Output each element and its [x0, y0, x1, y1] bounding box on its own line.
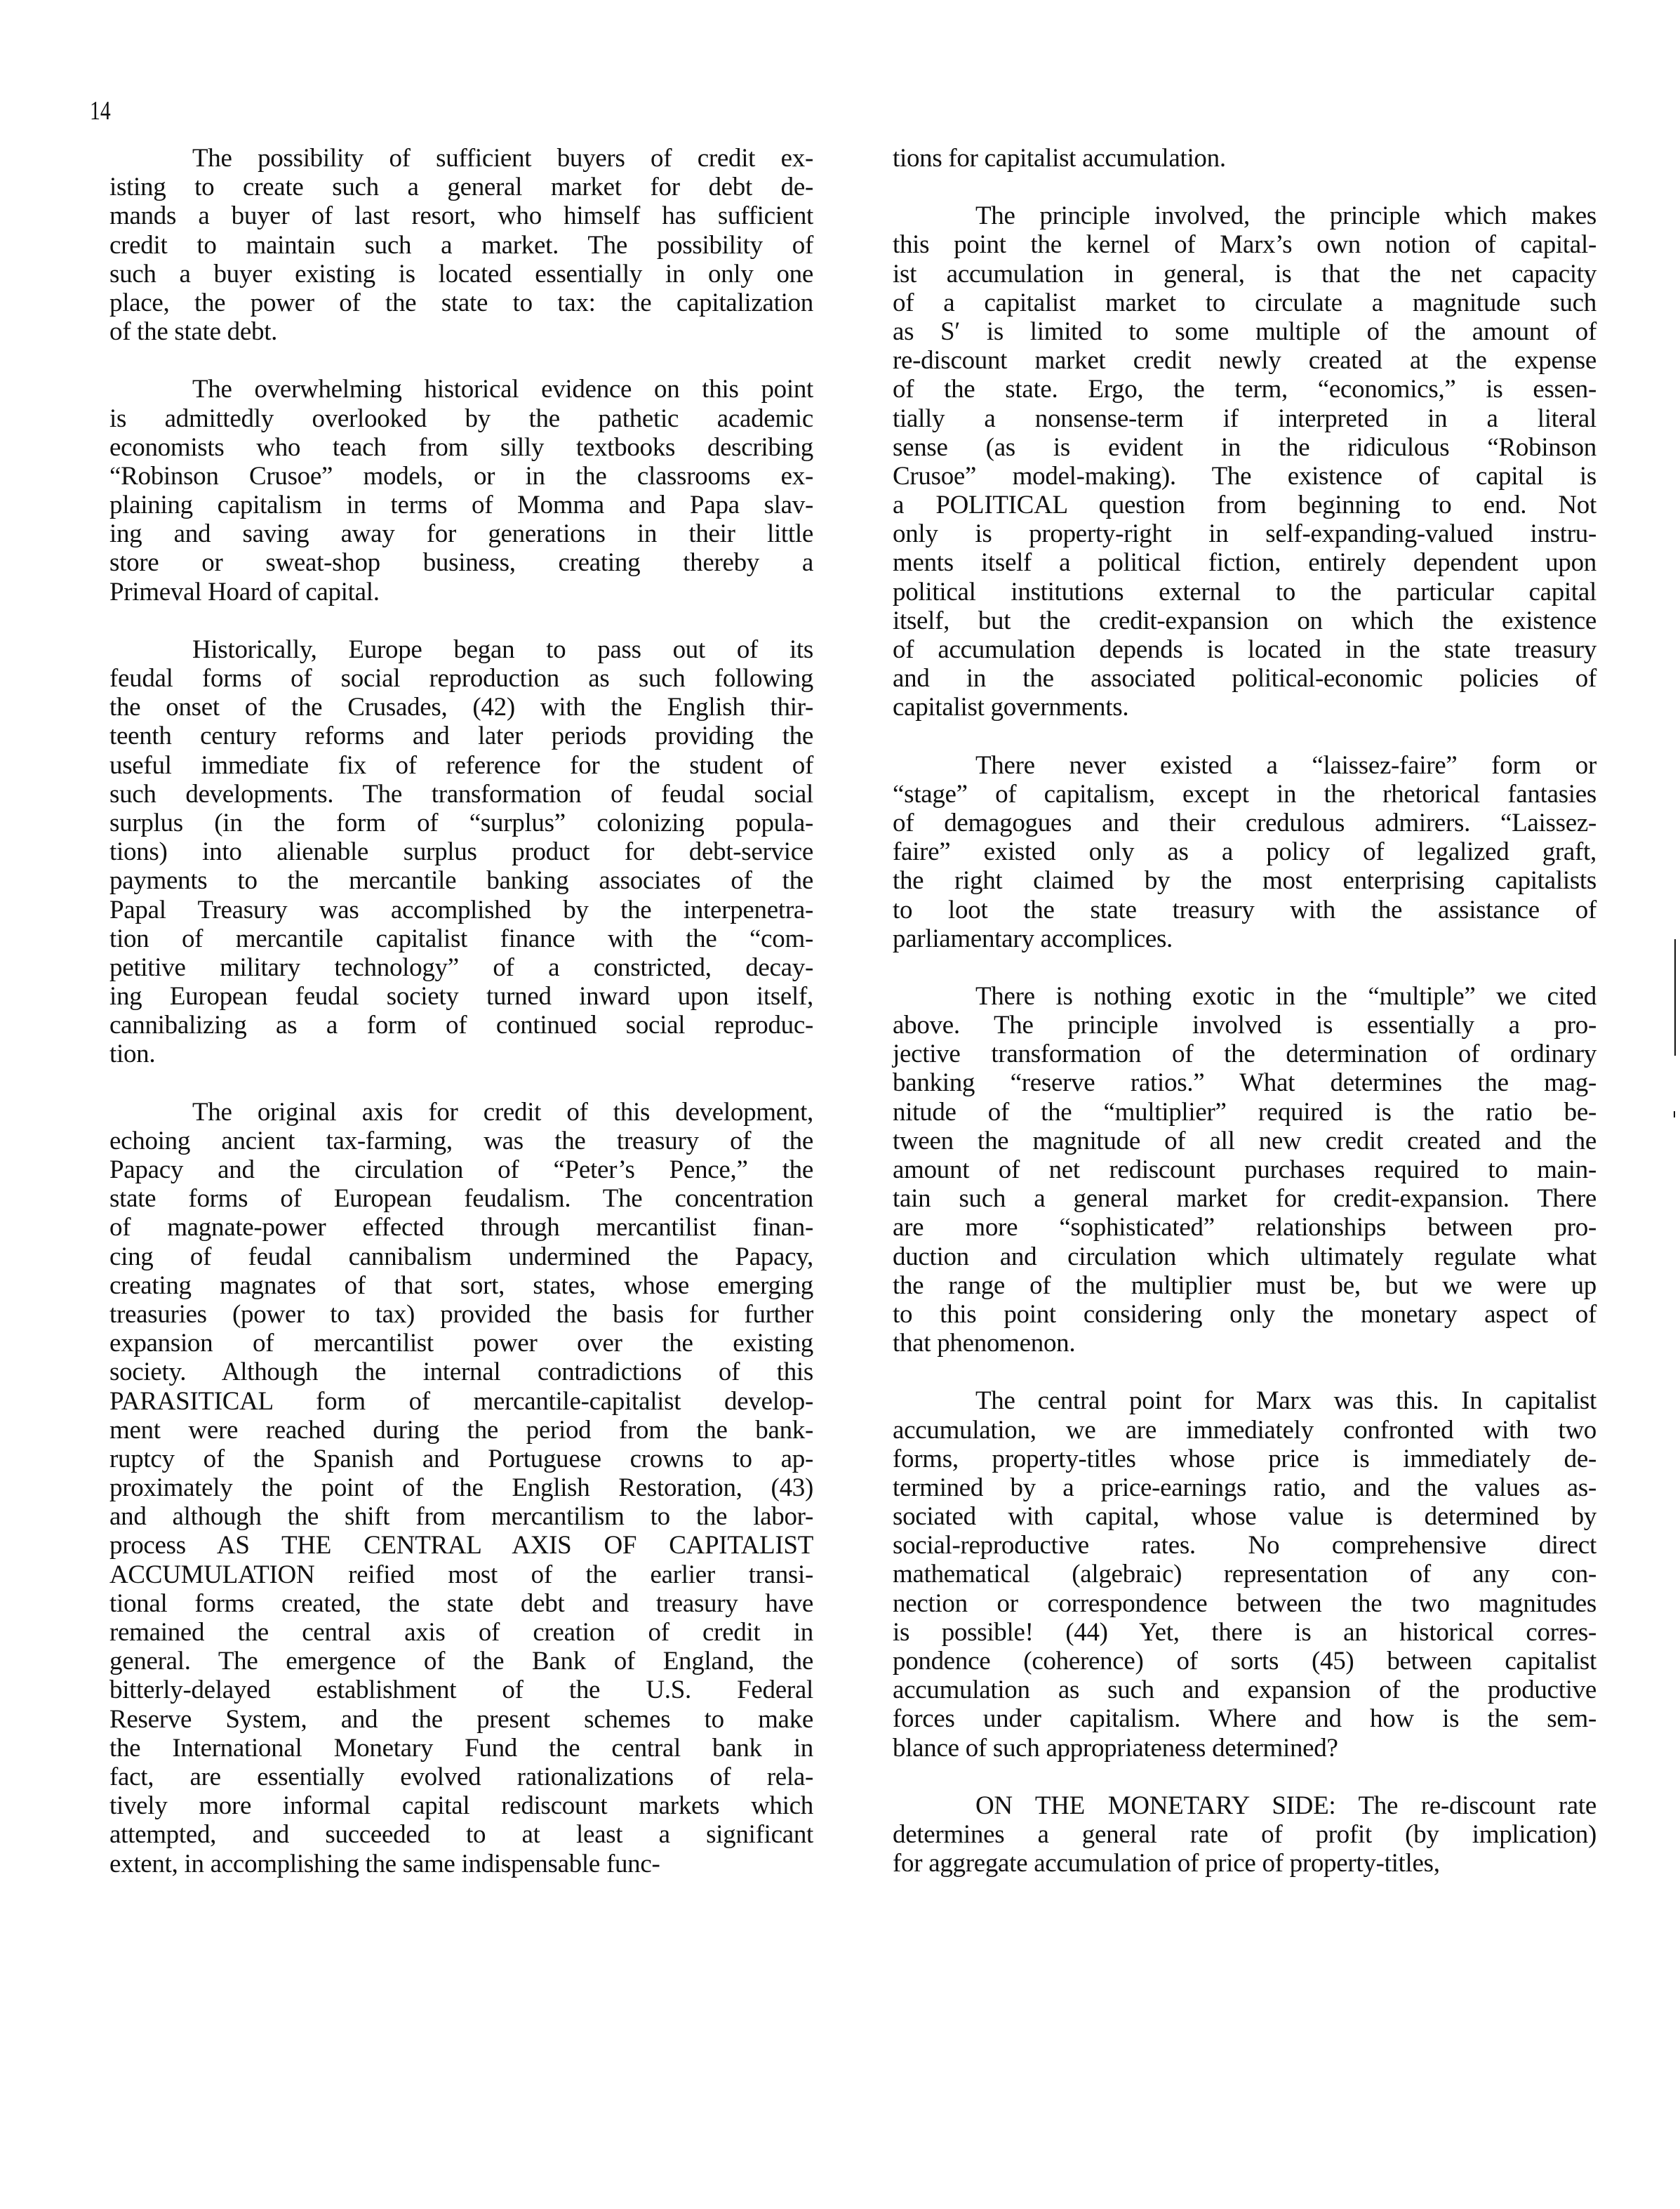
text-line: The overwhelming historical evidence on …	[109, 375, 813, 404]
text-line: ON THE MONETARY SIDE: The re-discount ra…	[893, 1791, 1596, 1820]
paragraph: The central point for Marx was this. In …	[893, 1386, 1596, 1762]
text-line: social-reproductive rates. No comprehens…	[893, 1531, 1596, 1560]
text-line: useful immediate fix of reference for th…	[109, 751, 813, 780]
left-column: The possibility of sufficient buyers of …	[109, 144, 813, 1907]
text-line: of demagogues and their credulous admire…	[893, 809, 1596, 837]
text-line: general. The emergence of the Bank of En…	[109, 1647, 813, 1676]
text-line: The principle involved, the principle wh…	[893, 201, 1596, 230]
text-line: ment were reached during the period from…	[109, 1416, 813, 1445]
text-line: place, the power of the state to tax: th…	[109, 288, 813, 317]
text-line: ACCUMULATION reified most of the earlier…	[109, 1560, 813, 1589]
text-line: isting to create such a general market f…	[109, 173, 813, 201]
text-line: determines a general rate of profit (by …	[893, 1820, 1596, 1849]
text-line: of accumulation depends is located in th…	[893, 635, 1596, 664]
text-line: Reserve System, and the present schemes …	[109, 1705, 813, 1734]
page-number: 14	[90, 97, 111, 125]
text-line: store or sweat-shop business, creating t…	[109, 548, 813, 577]
text-line: PARASITICAL form of mercantile-capitalis…	[109, 1387, 813, 1416]
paragraph: There never existed a “laissez-faire” fo…	[893, 751, 1596, 953]
text-line: accumulation as such and expansion of th…	[893, 1676, 1596, 1704]
text-line: credit to maintain such a market. The po…	[109, 231, 813, 260]
text-line: sense (as is evident in the ridiculous “…	[893, 433, 1596, 462]
text-line: tions for capitalist accumulation.	[893, 144, 1596, 173]
text-line: itself, but the credit-expansion on whic…	[893, 606, 1596, 635]
text-line: to loot the state treasury with the assi…	[893, 896, 1596, 924]
text-line: of the state. Ergo, the term, “economics…	[893, 375, 1596, 404]
paragraph: ON THE MONETARY SIDE: The re-discount ra…	[893, 1791, 1596, 1878]
text-line: such a buyer existing is located essenti…	[109, 260, 813, 288]
text-line: and in the associated political-economic…	[893, 664, 1596, 693]
text-line: pondence (coherence) of sorts (45) betwe…	[893, 1647, 1596, 1676]
text-line: faire” existed only as a policy of legal…	[893, 837, 1596, 866]
text-line: tially a nonsense-term if interpreted in…	[893, 404, 1596, 433]
text-line: remained the central axis of creation of…	[109, 1618, 813, 1647]
text-line: state forms of European feudalism. The c…	[109, 1184, 813, 1213]
text-line: ments itself a political fiction, entire…	[893, 548, 1596, 577]
text-line: The central point for Marx was this. In …	[893, 1386, 1596, 1415]
document-page: 14 The possibility of sufficient buyers …	[0, 0, 1680, 2209]
paragraph: The original axis for credit of this dev…	[109, 1098, 813, 1878]
text-line: tween the magnitude of all new credit cr…	[893, 1127, 1596, 1155]
paragraph: tions for capitalist accumulation.	[893, 144, 1596, 173]
right-column: tions for capitalist accumulation.The pr…	[893, 144, 1596, 1906]
text-line: the range of the multiplier must be, but…	[893, 1271, 1596, 1300]
text-line: Crusoe” model-making). The existence of …	[893, 462, 1596, 491]
text-line: of the state debt.	[109, 317, 813, 346]
text-line: bitterly-delayed establishment of the U.…	[109, 1676, 813, 1704]
text-line: only is property-right in self-expanding…	[893, 519, 1596, 548]
text-line: process AS THE CENTRAL AXIS OF CAPITALIS…	[109, 1531, 813, 1560]
text-line: re-discount market credit newly created …	[893, 346, 1596, 375]
text-line: Papacy and the circulation of “Peter’s P…	[109, 1155, 813, 1184]
text-line: accumulation, we are immediately confron…	[893, 1416, 1596, 1445]
text-line: is admittedly overlooked by the pathetic…	[109, 404, 813, 433]
text-line: mathematical (algebraic) representation …	[893, 1560, 1596, 1588]
text-line: the right claimed by the most enterprisi…	[893, 866, 1596, 895]
paragraph: The possibility of sufficient buyers of …	[109, 144, 813, 346]
text-line: as S′ is limited to some multiple of the…	[893, 317, 1596, 346]
paragraph: The principle involved, the principle wh…	[893, 201, 1596, 722]
text-line: forces under capitalism. Where and how i…	[893, 1704, 1596, 1733]
text-line: sociated with capital, whose value is de…	[893, 1502, 1596, 1531]
text-line: treasuries (power to tax) provided the b…	[109, 1300, 813, 1329]
text-line: The possibility of sufficient buyers of …	[109, 144, 813, 173]
text-line: fact, are essentially evolved rationaliz…	[109, 1763, 813, 1791]
text-line: economists who teach from silly textbook…	[109, 433, 813, 462]
text-line: nitude of the “multiplier” required is t…	[893, 1098, 1596, 1127]
text-line: tional forms created, the state debt and…	[109, 1589, 813, 1618]
text-line: ruptcy of the Spanish and Portuguese cro…	[109, 1445, 813, 1473]
text-line: this point the kernel of Marx’s own noti…	[893, 230, 1596, 259]
text-line: nection or correspondence between the tw…	[893, 1589, 1596, 1618]
text-line: tion.	[109, 1040, 813, 1068]
text-line: the onset of the Crusades, (42) with the…	[109, 693, 813, 722]
text-line: plaining capitalism in terms of Momma an…	[109, 491, 813, 519]
text-line: and although the shift from mercantilism…	[109, 1502, 813, 1531]
paragraph: There is nothing exotic in the “multiple…	[893, 982, 1596, 1358]
text-line: capitalist governments.	[893, 693, 1596, 722]
text-line: “stage” of capitalism, except in the rhe…	[893, 780, 1596, 809]
text-line: ing and saving away for generations in t…	[109, 519, 813, 548]
text-line: termined by a price-earnings ratio, and …	[893, 1473, 1596, 1502]
scan-artifact-line	[1674, 939, 1676, 1056]
text-line: of magnate-power effected through mercan…	[109, 1213, 813, 1242]
text-line: for aggregate accumulation of price of p…	[893, 1849, 1596, 1878]
text-line: amount of net rediscount purchases requi…	[893, 1155, 1596, 1184]
text-line: that phenomenon.	[893, 1329, 1596, 1358]
text-line: is possible! (44) Yet, there is an histo…	[893, 1618, 1596, 1647]
text-line: blance of such appropriateness determine…	[893, 1734, 1596, 1763]
text-line: attempted, and succeeded to at least a s…	[109, 1820, 813, 1849]
text-line: above. The principle involved is essenti…	[893, 1011, 1596, 1040]
scan-artifact-tick	[1674, 1111, 1675, 1117]
text-line: ing European feudal society turned inwar…	[109, 982, 813, 1011]
text-line: duction and circulation which ultimately…	[893, 1242, 1596, 1271]
text-line: tions) into alienable surplus product fo…	[109, 837, 813, 866]
text-line: such developments. The transformation of…	[109, 780, 813, 809]
text-line: There is nothing exotic in the “multiple…	[893, 982, 1596, 1011]
text-line: society. Although the internal contradic…	[109, 1358, 813, 1386]
text-line: cing of feudal cannibalism undermined th…	[109, 1242, 813, 1271]
text-line: cannibalizing as a form of continued soc…	[109, 1011, 813, 1040]
text-line: political institutions external to the p…	[893, 578, 1596, 606]
text-line: of a capitalist market to circulate a ma…	[893, 288, 1596, 317]
text-line: Primeval Hoard of capital.	[109, 578, 813, 606]
text-line: The original axis for credit of this dev…	[109, 1098, 813, 1127]
text-line: forms, property-titles whose price is im…	[893, 1445, 1596, 1473]
text-line: mands a buyer of last resort, who himsel…	[109, 201, 813, 230]
text-line: surplus (in the form of “surplus” coloni…	[109, 809, 813, 837]
text-line: banking “reserve ratios.” What determine…	[893, 1068, 1596, 1097]
text-line: to this point considering only the monet…	[893, 1300, 1596, 1329]
text-line: There never existed a “laissez-faire” fo…	[893, 751, 1596, 780]
text-line: extent, in accomplishing the same indisp…	[109, 1850, 813, 1878]
text-line: creating magnates of that sort, states, …	[109, 1271, 813, 1300]
text-line: “Robinson Crusoe” models, or in the clas…	[109, 462, 813, 491]
text-line: proximately the point of the English Res…	[109, 1473, 813, 1502]
text-line: tion of mercantile capitalist finance wi…	[109, 924, 813, 953]
text-line: are more “sophisticated” relationships b…	[893, 1213, 1596, 1242]
text-line: jective transformation of the determinat…	[893, 1040, 1596, 1068]
text-line: echoing ancient tax-farming, was the tre…	[109, 1127, 813, 1155]
paragraph: Historically, Europe began to pass out o…	[109, 635, 813, 1069]
text-line: feudal forms of social reproduction as s…	[109, 664, 813, 693]
text-line: ist accumulation in general, is that the…	[893, 260, 1596, 288]
text-line: Papal Treasury was accomplished by the i…	[109, 896, 813, 924]
text-line: payments to the mercantile banking assoc…	[109, 866, 813, 895]
text-line: teenth century reforms and later periods…	[109, 722, 813, 750]
paragraph: The overwhelming historical evidence on …	[109, 375, 813, 606]
text-line: the International Monetary Fund the cent…	[109, 1734, 813, 1763]
text-line: petitive military technology” of a const…	[109, 953, 813, 982]
text-line: parliamentary accomplices.	[893, 924, 1596, 953]
text-line: tain such a general market for credit-ex…	[893, 1184, 1596, 1213]
text-line: Historically, Europe began to pass out o…	[109, 635, 813, 664]
text-line: expansion of mercantilist power over the…	[109, 1329, 813, 1358]
text-line: a POLITICAL question from beginning to e…	[893, 491, 1596, 519]
text-line: tively more informal capital rediscount …	[109, 1791, 813, 1820]
